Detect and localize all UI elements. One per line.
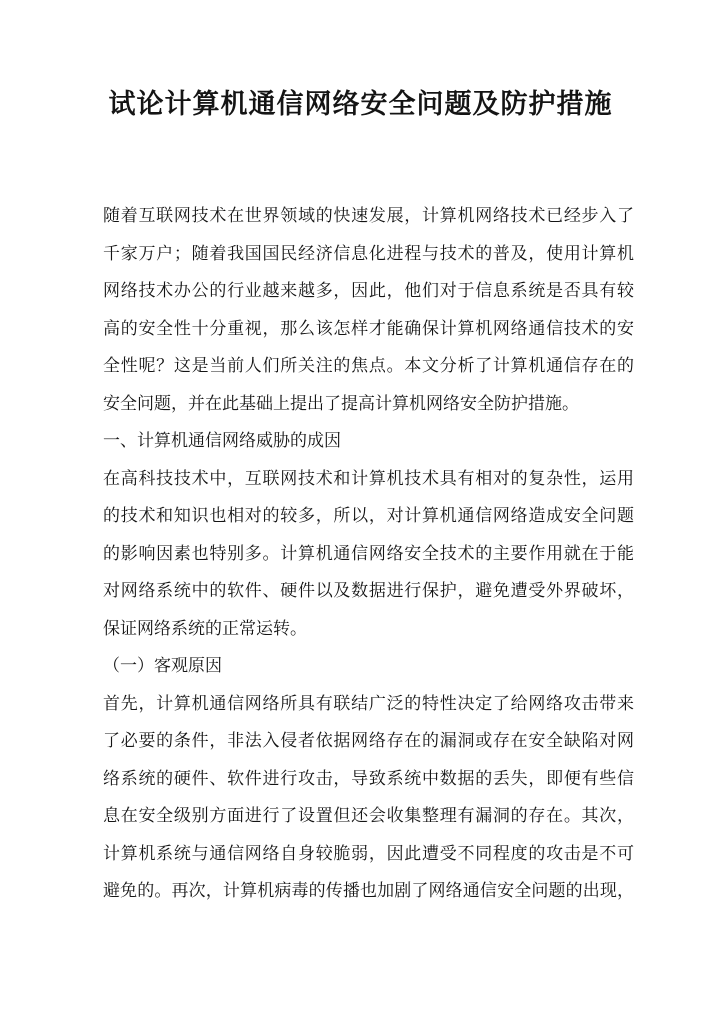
paragraph-line: 避免的。再次，计算机病毒的传播也加剧了网络通信安全问题的出现， [103,873,634,911]
paragraph-line: 络系统的硬件、软件进行攻击，导致系统中数据的丢失，即便有些信 [103,761,634,799]
paragraph-line: 千家万户；随着我国国民经济信息化进程与技术的普及，使用计算机 [103,236,634,274]
paragraph-line: 全性呢？这是当前人们所关注的焦点。本文分析了计算机通信存在的 [103,348,634,386]
paragraph-line: 计算机系统与通信网络自身较脆弱，因此遭受不同程度的攻击是不可 [103,836,634,874]
section-heading-objective-causes: （一）客观原因 [103,648,634,686]
paragraph-line: 首先，计算机通信网络所具有联结广泛的特性决定了给网络攻击带来 [103,686,634,724]
paragraph-line: 的技术和知识也相对的较多，所以，对计算机通信网络造成安全问题 [103,498,634,536]
paragraph-line: 息在安全级别方面进行了设置但还会收集整理有漏洞的存在。其次， [103,798,634,836]
paragraph-line: 在高科技技术中，互联网技术和计算机技术具有相对的复杂性，运用 [103,461,634,499]
paragraph-line: 网络技术办公的行业越来越多，因此，他们对于信息系统是否具有较 [103,273,634,311]
paragraph-line: 随着互联网技术在世界领域的快速发展，计算机网络技术已经步入了 [103,198,634,236]
document-page: 试论计算机通信网络安全问题及防护措施 随着互联网技术在世界领域的快速发展，计算机… [0,0,721,1020]
paragraph-line: 对网络系统中的软件、硬件以及数据进行保护，避免遭受外界破坏， [103,573,634,611]
section-heading-causes: 一、计算机通信网络威胁的成因 [103,423,634,461]
paragraph-line: 高的安全性十分重视，那么该怎样才能确保计算机网络通信技术的安 [103,311,634,349]
paragraph-line: 了必要的条件，非法入侵者依据网络存在的漏洞或存在安全缺陷对网 [103,723,634,761]
document-title: 试论计算机通信网络安全问题及防护措施 [0,82,721,121]
paragraph-line: 的影响因素也特别多。计算机通信网络安全技术的主要作用就在于能 [103,536,634,574]
document-body: 随着互联网技术在世界领域的快速发展，计算机网络技术已经步入了 千家万户；随着我国… [103,198,634,911]
paragraph-line: 安全问题，并在此基础上提出了提高计算机网络安全防护措施。 [103,386,634,424]
paragraph-line: 保证网络系统的正常运转。 [103,611,634,649]
